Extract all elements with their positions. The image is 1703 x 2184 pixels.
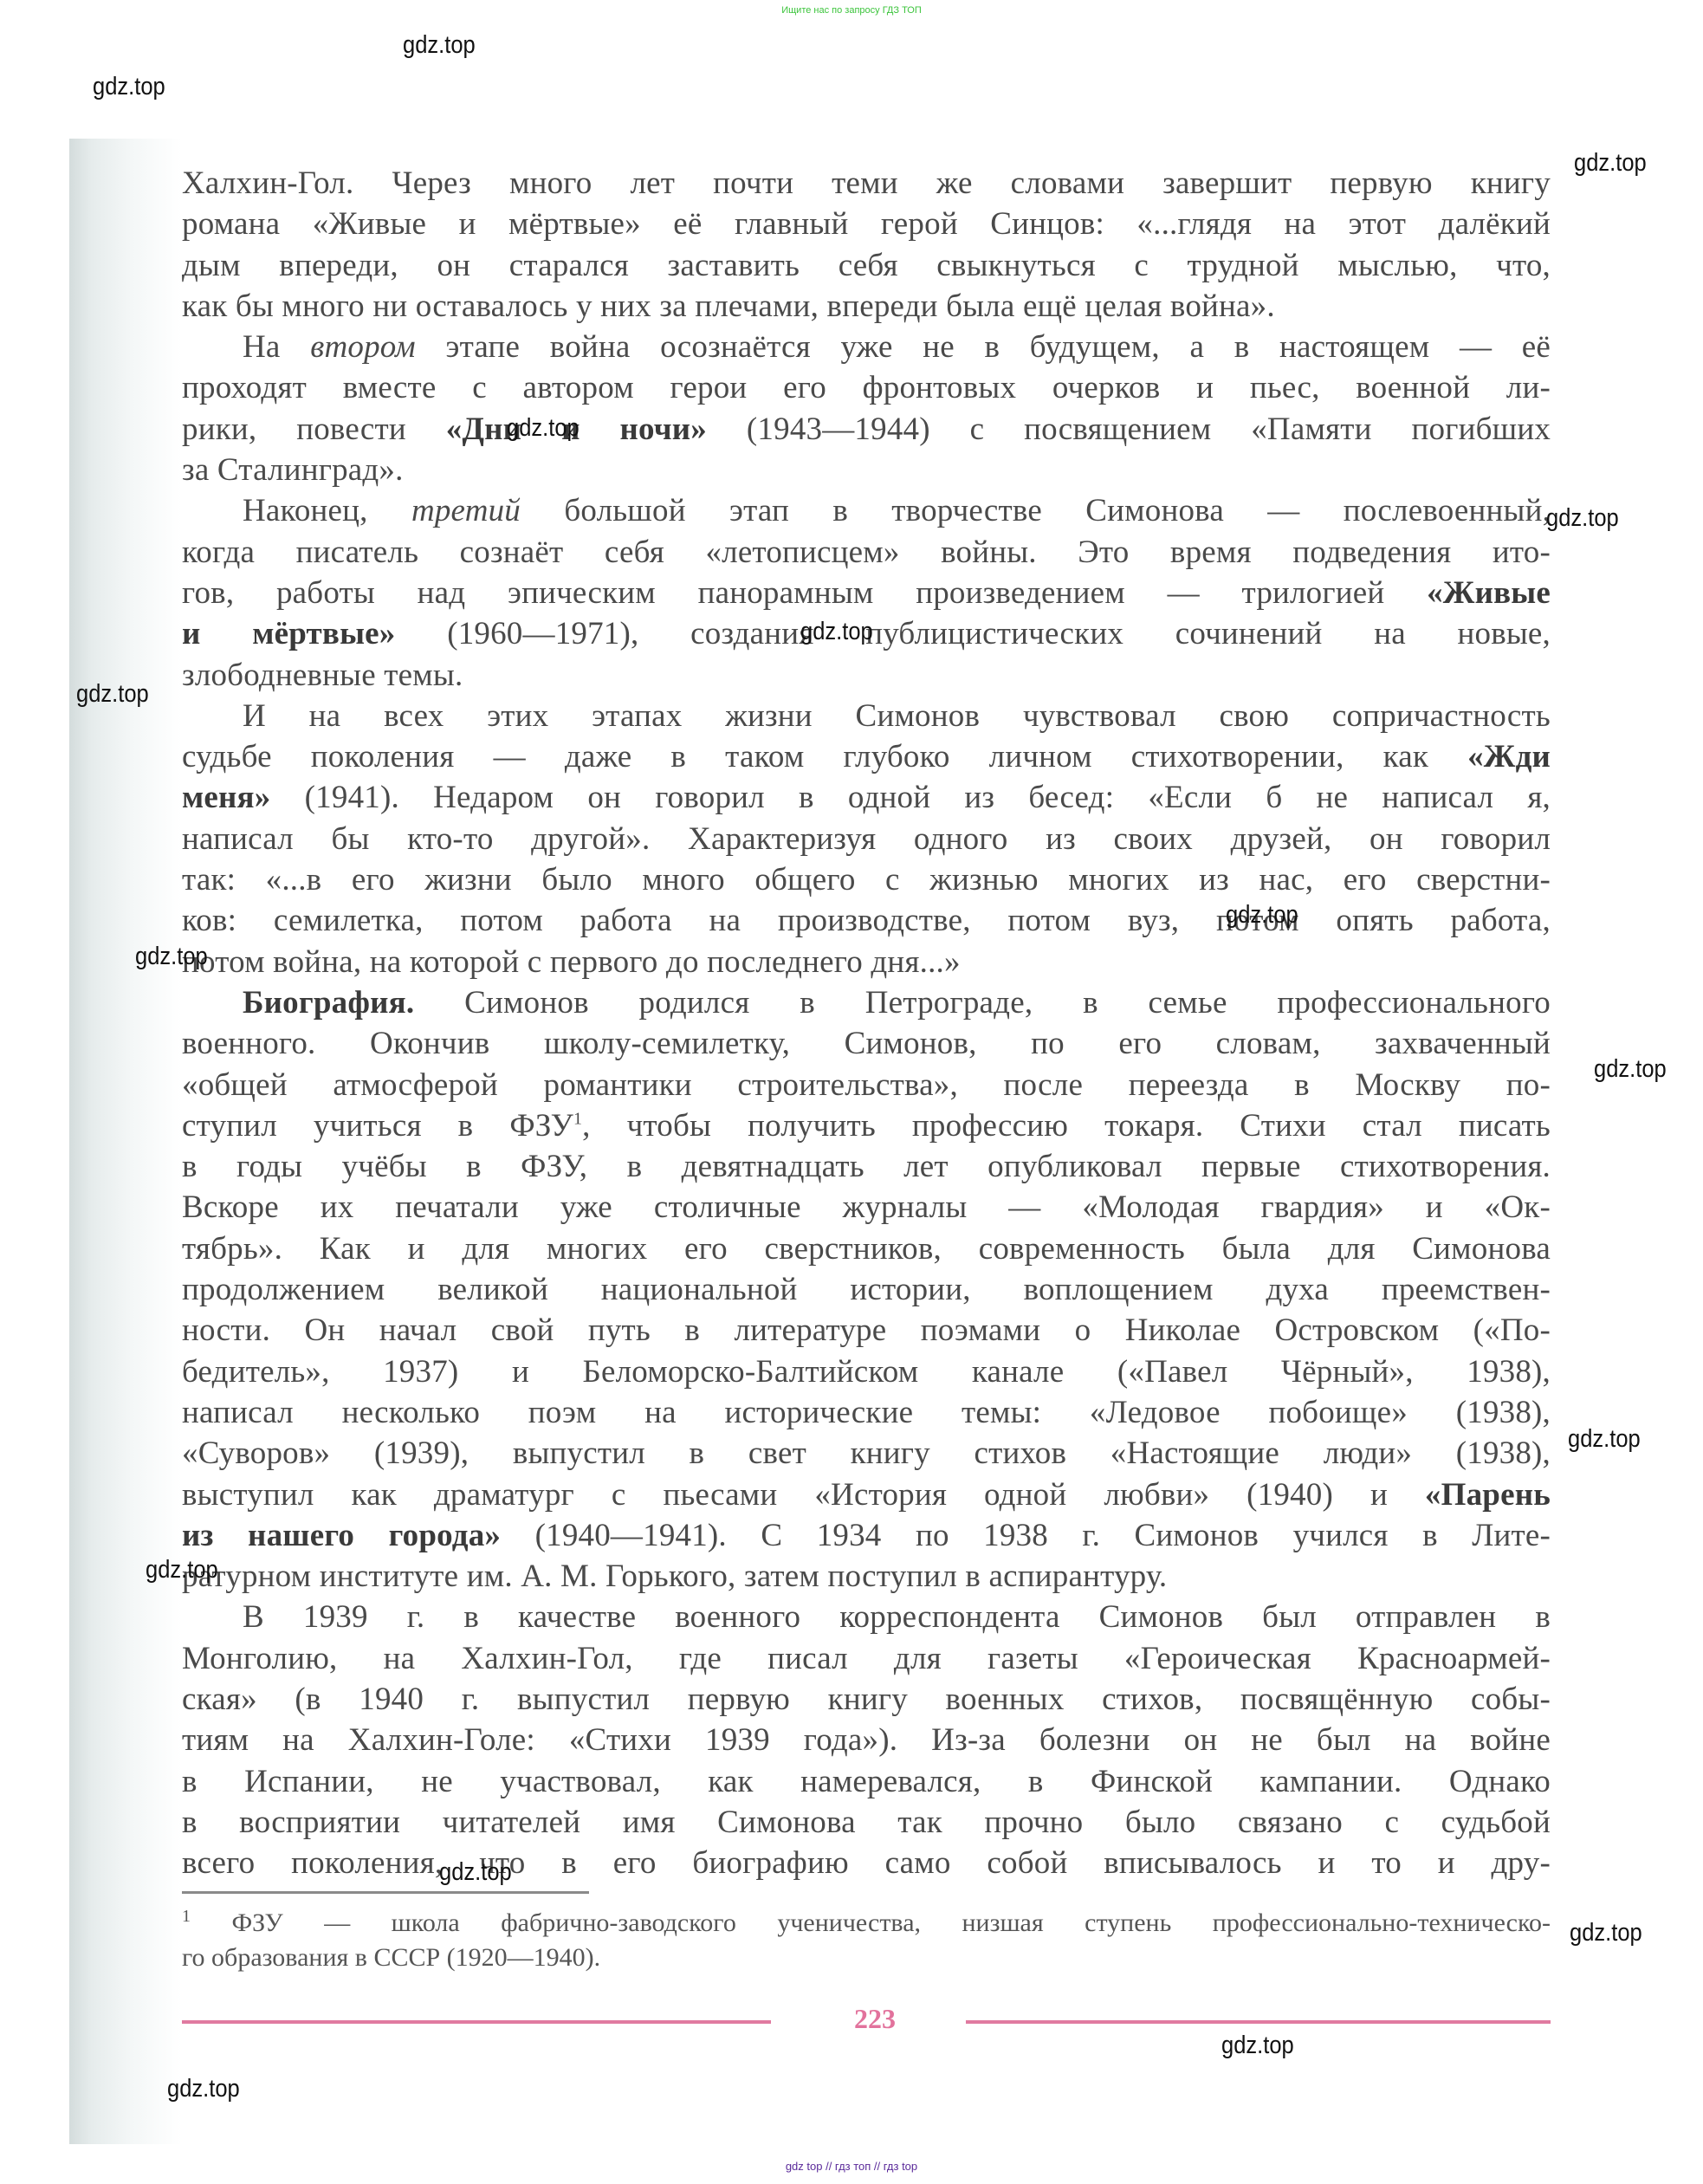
text-line: когда писатель сознаёт себя «летописцем»… <box>182 532 1551 573</box>
footnote: 1 ФЗУ — школа фабрично-заводского ученич… <box>182 1906 1551 1975</box>
text-line: «общей атмосферой романтики строительств… <box>182 1065 1551 1105</box>
text-line: так: «...в его жизни было много общего с… <box>182 859 1551 900</box>
text-line: из нашего города» (1940—1941). С 1934 по… <box>182 1515 1551 1556</box>
text-line: злободневные темы. <box>182 655 1551 696</box>
watermark: gdz.top <box>1574 149 1647 178</box>
watermark: gdz.top <box>76 680 149 709</box>
watermark: gdz.top <box>507 414 580 443</box>
paragraph-all-stages: И на всех этих этапах жизни Симонов чувс… <box>182 696 1551 736</box>
title-zhdi: «Жди <box>1467 739 1551 774</box>
top-banner: Ищите нас по запросу ГДЗ ТОП <box>0 5 1703 16</box>
watermark: gdz.top <box>1594 1055 1667 1084</box>
text-line: проходят вместе с автором герои его фрон… <box>182 367 1551 408</box>
watermark: gdz.top <box>93 73 165 101</box>
text-line: меня» (1941). Недаром он говорил в одной… <box>182 777 1551 818</box>
footnote-divider <box>182 1891 589 1894</box>
text-line: написал несколько поэм на исторические т… <box>182 1392 1551 1433</box>
text: судьбе поколения — даже в таком глубоко … <box>182 739 1428 774</box>
page-number: 223 <box>840 2003 910 2035</box>
watermark: gdz.top <box>167 2075 240 2103</box>
title-iz-nashego-goroda: из нашего города» <box>182 1518 501 1553</box>
paragraph-third-stage: Наконец, третий большой этап в творчеств… <box>182 490 1551 531</box>
page-rule-right <box>966 2020 1551 2024</box>
text-line: гов, работы над эпическим панорамным про… <box>182 573 1551 613</box>
text: большой этап в творчестве Симонова — пос… <box>564 493 1551 528</box>
footnote-line: 1 ФЗУ — школа фабрично-заводского ученич… <box>182 1906 1551 1941</box>
paragraph-second-stage: На втором этапе война осознаётся уже не … <box>182 327 1551 367</box>
text: рики, повести <box>182 412 406 447</box>
text-line: выступил как драматург с пьесами «Истори… <box>182 1474 1551 1515</box>
page-rule-left <box>182 2020 771 2024</box>
text-line: за Сталинград». <box>182 450 1551 490</box>
text: ФЗУ — школа фабрично-заводского ученичес… <box>231 1909 1551 1937</box>
watermark: gdz.top <box>1546 504 1619 533</box>
text-line: Вскоре их печатали уже столичные журналы… <box>182 1187 1551 1228</box>
footnote-mark: 1 <box>182 1907 191 1926</box>
text-line: бедитель», 1937) и Беломорско-Балтийском… <box>182 1351 1551 1392</box>
text: этапе война осознаётся уже не в будущем,… <box>446 329 1551 365</box>
text-line: ности. Он начал свой путь в литературе п… <box>182 1310 1551 1351</box>
text: Наконец, <box>243 493 368 528</box>
title-menya: меня» <box>182 780 270 815</box>
text-line: ступил учиться в ФЗУ1, чтобы получить пр… <box>182 1105 1551 1146</box>
text: (1940—1941). С 1934 по 1938 г. Симонов у… <box>535 1518 1551 1553</box>
watermark: gdz.top <box>146 1556 218 1585</box>
text: выступил как драматург с пьесами «Истори… <box>182 1477 1388 1513</box>
title-i-mertvye: и мёртвые» <box>182 616 396 651</box>
title-zhivye: «Живые <box>1427 575 1551 611</box>
watermark: gdz.top <box>1568 1425 1641 1454</box>
text-line: ская» (в 1940 г. выпустил первую книгу в… <box>182 1679 1551 1720</box>
watermark: gdz.top <box>403 31 476 60</box>
text: (1960—1971), создания публицистических с… <box>447 616 1551 651</box>
text-line: тябрь». Как и для многих его сверстников… <box>182 1228 1551 1269</box>
watermark: gdz.top <box>800 618 873 646</box>
watermark: gdz.top <box>1226 901 1298 930</box>
text: (1943—1944) с посвящением «Памяти погибш… <box>747 412 1551 447</box>
text-line: Халхин-Гол. Через много лет почти теми ж… <box>182 163 1551 204</box>
text-line: ков: семилетка, потом работа на производ… <box>182 900 1551 941</box>
text-line: ратурном институте им. А. М. Горького, з… <box>182 1556 1551 1597</box>
body-text: Халхин-Гол. Через много лет почти теми ж… <box>182 163 1551 1883</box>
watermark: gdz.top <box>135 943 208 971</box>
text-line: написал бы кто-то другой». Характеризуя … <box>182 819 1551 859</box>
paragraph-1939: В 1939 г. в качестве военного корреспонд… <box>182 1597 1551 1637</box>
text-line: романа «Живые и мёртвые» её главный геро… <box>182 204 1551 244</box>
text-line: тиям на Халхин-Голе: «Стихи 1939 года»).… <box>182 1720 1551 1760</box>
emphasis-vtorom: втором <box>310 329 416 365</box>
text-line: «Суворов» (1939), выпустил в свет книгу … <box>182 1433 1551 1474</box>
text-line: продолжением великой национальной истори… <box>182 1269 1551 1310</box>
text: гов, работы над эпическим панорамным про… <box>182 575 1384 611</box>
bottom-banner: gdz top // гдз топ // гдз top <box>0 2160 1703 2173</box>
footnote-reference[interactable]: 1 <box>573 1110 582 1129</box>
watermark: gdz.top <box>1221 2032 1294 2060</box>
text-line: в восприятии читателей имя Симонова так … <box>182 1802 1551 1843</box>
page-binding-shadow <box>69 139 182 2144</box>
text: На <box>243 329 281 365</box>
text: Симонов родился в Петрограде, в семье пр… <box>464 985 1551 1021</box>
text: ступил учиться в ФЗУ <box>182 1108 573 1144</box>
watermark: gdz.top <box>439 1858 512 1887</box>
title-paren: «Парень <box>1425 1477 1551 1513</box>
footnote-line: го образования в СССР (1920—1940). <box>182 1941 1551 1975</box>
emphasis-tretiy: третий <box>411 493 521 528</box>
text-line: потом война, на которой с первого до пос… <box>182 942 1551 982</box>
text-line: в Испании, не участвовал, как намеревалс… <box>182 1761 1551 1802</box>
text-line: военного. Окончив школу-семилетку, Симон… <box>182 1023 1551 1064</box>
text: (1941). Недаром он говорил в одной из бе… <box>305 780 1551 815</box>
text-line: рики, повести «Дни и ночи» (1943—1944) с… <box>182 409 1551 450</box>
text-line: в годы учёбы в ФЗУ, в девятнадцать лет о… <box>182 1146 1551 1187</box>
paragraph-biography: Биография. Симонов родился в Петрограде,… <box>182 982 1551 1023</box>
text: , чтобы получить профессию токаря. Стихи… <box>582 1108 1551 1144</box>
text-line: судьбе поколения — даже в таком глубоко … <box>182 736 1551 777</box>
text-line: как бы много ни оставалось у них за плеч… <box>182 286 1551 327</box>
text-line: всего поколения, что в его биографию сам… <box>182 1843 1551 1883</box>
text-line: дым впереди, он старался заставить себя … <box>182 245 1551 286</box>
watermark: gdz.top <box>1570 1919 1642 1947</box>
heading-biografiya: Биография. <box>243 985 414 1021</box>
text-line: Монголию, на Халхин-Гол, где писал для г… <box>182 1638 1551 1679</box>
